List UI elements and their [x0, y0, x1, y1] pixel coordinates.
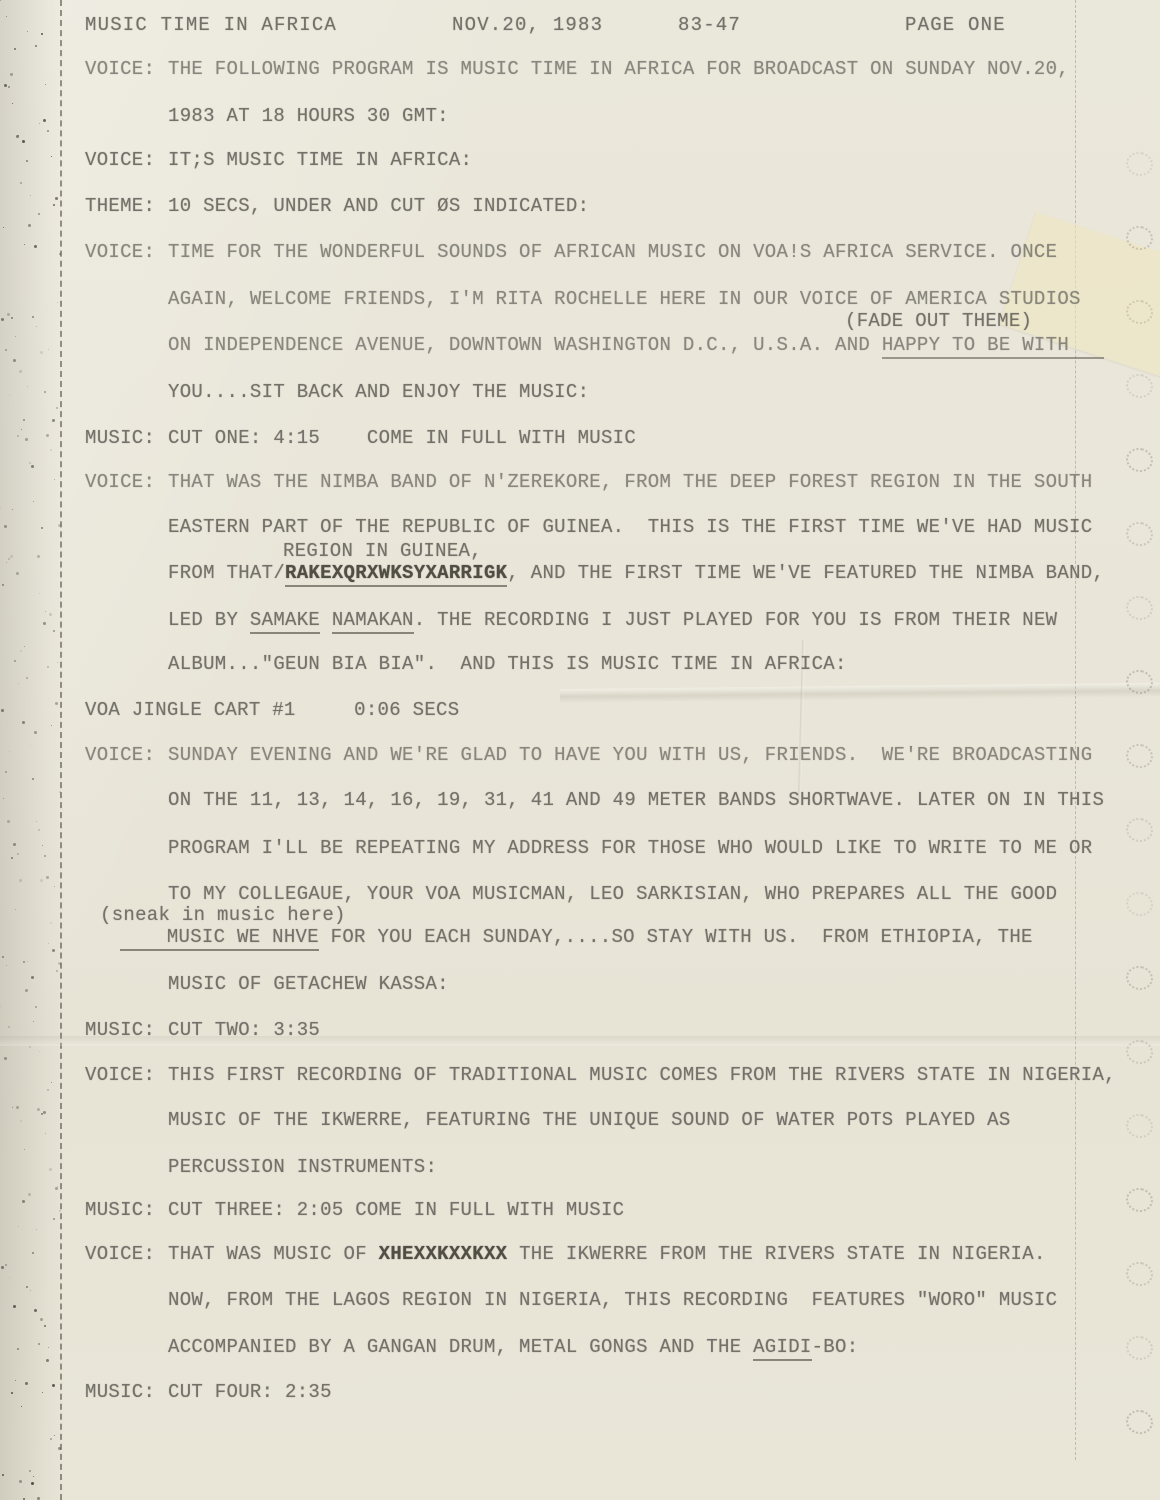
script-line: MUSIC OF THE IKWERRE, FEATURING THE UNIQ…: [0, 1109, 1160, 1135]
script-text: MUSIC WE NHVE: [167, 926, 319, 951]
script-text-group: 1983 AT 18 HOURS 30 GMT:: [168, 105, 449, 127]
struck-out-text: RAKEXQRXWKSYXARRIGK: [285, 562, 507, 587]
script-text-group: FROM THAT/RAKEXQRXWKSYXARRIGK, AND THE F…: [168, 562, 1104, 584]
script-body: VOICE:THE FOLLOWING PROGRAM IS MUSIC TIM…: [0, 0, 1160, 1500]
script-line: ON THE 11, 13, 14, 16, 19, 31, 41 AND 49…: [0, 789, 1160, 815]
script-line: VOA JINGLE CART #1 0:06 SECS: [0, 699, 1160, 725]
script-text: THE FOLLOWING PROGRAM IS MUSIC TIME IN A…: [168, 58, 1069, 80]
script-text: CUT FOUR: 2:35: [168, 1381, 332, 1403]
script-text: (FADE OUT THEME): [845, 310, 1032, 332]
script-text: YOU....SIT BACK AND ENJOY THE MUSIC:: [168, 381, 589, 403]
struck-out-text: XHEXXKXXKXX: [379, 1243, 508, 1265]
script-text-group: PROGRAM I'LL BE REPEATING MY ADDRESS FOR…: [168, 837, 1092, 859]
script-text: [320, 609, 332, 631]
script-line: EASTERN PART OF THE REPUBLIC OF GUINEA. …: [0, 516, 1160, 542]
script-text-group: CUT THREE: 2:05 COME IN FULL WITH MUSIC: [168, 1199, 624, 1221]
script-text: AGIDI: [753, 1336, 812, 1361]
script-text-group: EASTERN PART OF THE REPUBLIC OF GUINEA. …: [168, 516, 1092, 538]
script-text: SUNDAY EVENING AND WE'RE GLAD TO HAVE YO…: [168, 744, 1092, 766]
script-text: FROM THAT/: [168, 562, 285, 584]
script-text: [120, 926, 167, 951]
script-text-group: LED BY SAMAKE NAMAKAN. THE RECORDING I J…: [168, 609, 1057, 631]
script-text-group: (sneak in music here): [100, 904, 346, 926]
script-text: 1983 AT 18 HOURS 30 GMT:: [168, 105, 449, 127]
script-line: MUSIC:CUT TWO: 3:35: [0, 1019, 1160, 1045]
script-text: REGION IN GUINEA,: [283, 540, 482, 562]
script-line: (FADE OUT THEME): [0, 310, 1160, 336]
script-text: CUT TWO: 3:35: [168, 1019, 320, 1041]
script-text-group: AGAIN, WELCOME FRIENDS, I'M RITA ROCHELL…: [168, 288, 1081, 310]
script-text-group: (FADE OUT THEME): [845, 310, 1032, 332]
script-line: THEME:10 SECS, UNDER AND CUT ØS INDICATE…: [0, 195, 1160, 221]
cue-label: MUSIC:: [85, 1019, 155, 1041]
cue-label: VOICE:: [85, 471, 155, 493]
script-text: 10 SECS, UNDER AND CUT ØS INDICATED:: [168, 195, 589, 217]
cue-label: VOICE:: [85, 1243, 155, 1265]
scanned-script-page: MUSIC TIME IN AFRICA NOV.20, 1983 83-47 …: [0, 0, 1160, 1500]
script-line: VOICE:THIS FIRST RECORDING OF TRADITIONA…: [0, 1064, 1160, 1090]
script-text: VOA JINGLE CART #1 0:06 SECS: [85, 699, 459, 721]
script-text-group: ALBUM..."GEUN BIA BIA". AND THIS IS MUSI…: [168, 653, 847, 675]
script-text: EASTERN PART OF THE REPUBLIC OF GUINEA. …: [168, 516, 1092, 538]
script-text-group: SUNDAY EVENING AND WE'RE GLAD TO HAVE YO…: [168, 744, 1092, 766]
script-text: . THE RECORDING I JUST PLAYED FOR YOU IS…: [414, 609, 1058, 631]
script-text-group: THAT WAS MUSIC OF XHEXXKXXKXX THE IKWERR…: [168, 1243, 1046, 1265]
script-line: MUSIC WE NHVE FOR YOU EACH SUNDAY,....SO…: [0, 926, 1160, 952]
cue-label: VOICE:: [85, 149, 155, 171]
script-text: MUSIC OF THE IKWERRE, FEATURING THE UNIQ…: [168, 1109, 1011, 1131]
script-text-group: CUT TWO: 3:35: [168, 1019, 320, 1041]
script-text-group: MUSIC WE NHVE FOR YOU EACH SUNDAY,....SO…: [120, 926, 1033, 948]
script-text-group: PERCUSSION INSTRUMENTS:: [168, 1156, 437, 1178]
script-line: PERCUSSION INSTRUMENTS:: [0, 1156, 1160, 1182]
script-text: HAPPY TO BE WITH: [882, 334, 1069, 359]
script-text: PROGRAM I'LL BE REPEATING MY ADDRESS FOR…: [168, 837, 1092, 859]
script-text: THAT WAS THE NIMBA BAND OF N'ZEREKORE, F…: [168, 471, 1092, 493]
script-line: NOW, FROM THE LAGOS REGION IN NIGERIA, T…: [0, 1289, 1160, 1315]
script-line: ACCOMPANIED BY A GANGAN DRUM, METAL GONG…: [0, 1336, 1160, 1362]
script-text: CUT THREE: 2:05 COME IN FULL WITH MUSIC: [168, 1199, 624, 1221]
script-line: YOU....SIT BACK AND ENJOY THE MUSIC:: [0, 381, 1160, 407]
script-text: (sneak in music here): [100, 904, 346, 926]
script-text-group: THIS FIRST RECORDING OF TRADITIONAL MUSI…: [168, 1064, 1116, 1086]
script-text: FOR YOU EACH SUNDAY,....SO STAY WITH US.…: [319, 926, 1033, 948]
cue-label: VOICE:: [85, 744, 155, 766]
script-text-group: ON THE 11, 13, 14, 16, 19, 31, 41 AND 49…: [168, 789, 1104, 811]
cue-label: VOICE:: [85, 241, 155, 263]
script-line: VOICE:THAT WAS THE NIMBA BAND OF N'ZEREK…: [0, 471, 1160, 497]
script-text-group: VOA JINGLE CART #1 0:06 SECS: [85, 699, 459, 721]
script-line: PROGRAM I'LL BE REPEATING MY ADDRESS FOR…: [0, 837, 1160, 863]
script-text: ON INDEPENDENCE AVENUE, DOWNTOWN WASHING…: [168, 334, 882, 356]
script-line: MUSIC:CUT THREE: 2:05 COME IN FULL WITH …: [0, 1199, 1160, 1225]
script-line: MUSIC:CUT FOUR: 2:35: [0, 1381, 1160, 1407]
script-text-group: CUT ONE: 4:15 COME IN FULL WITH MUSIC: [168, 427, 636, 449]
script-line: 1983 AT 18 HOURS 30 GMT:: [0, 105, 1160, 131]
script-line: VOICE:THE FOLLOWING PROGRAM IS MUSIC TIM…: [0, 58, 1160, 84]
script-line: VOICE:IT;S MUSIC TIME IN AFRICA:: [0, 149, 1160, 175]
script-text-group: TO MY COLLEGAUE, YOUR VOA MUSICMAN, LEO …: [168, 883, 1057, 905]
cue-label: MUSIC:: [85, 427, 155, 449]
script-text: [1069, 334, 1104, 359]
script-text-group: REGION IN GUINEA,: [283, 540, 482, 562]
cue-label: VOICE:: [85, 1064, 155, 1086]
script-line: VOICE:THAT WAS MUSIC OF XHEXXKXXKXX THE …: [0, 1243, 1160, 1269]
script-text: NOW, FROM THE LAGOS REGION IN NIGERIA, T…: [168, 1289, 1057, 1311]
script-text-group: 10 SECS, UNDER AND CUT ØS INDICATED:: [168, 195, 589, 217]
script-text: ALBUM..."GEUN BIA BIA". AND THIS IS MUSI…: [168, 653, 847, 675]
script-text-group: ACCOMPANIED BY A GANGAN DRUM, METAL GONG…: [168, 1336, 858, 1358]
script-text: THE IKWERRE FROM THE RIVERS STATE IN NIG…: [507, 1243, 1045, 1265]
script-text-group: CUT FOUR: 2:35: [168, 1381, 332, 1403]
script-text: MUSIC OF GETACHEW KASSA:: [168, 973, 449, 995]
script-text-group: YOU....SIT BACK AND ENJOY THE MUSIC:: [168, 381, 589, 403]
script-text-group: MUSIC OF THE IKWERRE, FEATURING THE UNIQ…: [168, 1109, 1011, 1131]
script-text: NAMAKAN: [332, 609, 414, 634]
cue-label: THEME:: [85, 195, 155, 217]
script-line: FROM THAT/RAKEXQRXWKSYXARRIGK, AND THE F…: [0, 562, 1160, 588]
script-text: , AND THE FIRST TIME WE'VE FEATURED THE …: [507, 562, 1104, 584]
cue-label: MUSIC:: [85, 1381, 155, 1403]
script-line: MUSIC OF GETACHEW KASSA:: [0, 973, 1160, 999]
script-line: LED BY SAMAKE NAMAKAN. THE RECORDING I J…: [0, 609, 1160, 635]
script-text: -BO:: [812, 1336, 859, 1358]
script-text-group: MUSIC OF GETACHEW KASSA:: [168, 973, 449, 995]
script-text: TIME FOR THE WONDERFUL SOUNDS OF AFRICAN…: [168, 241, 1057, 263]
script-text-group: ON INDEPENDENCE AVENUE, DOWNTOWN WASHING…: [168, 334, 1104, 356]
script-line: VOICE:SUNDAY EVENING AND WE'RE GLAD TO H…: [0, 744, 1160, 770]
script-text: AGAIN, WELCOME FRIENDS, I'M RITA ROCHELL…: [168, 288, 1081, 310]
cue-label: VOICE:: [85, 58, 155, 80]
script-text-group: THAT WAS THE NIMBA BAND OF N'ZEREKORE, F…: [168, 471, 1092, 493]
script-text: ACCOMPANIED BY A GANGAN DRUM, METAL GONG…: [168, 1336, 753, 1358]
script-line: ON INDEPENDENCE AVENUE, DOWNTOWN WASHING…: [0, 334, 1160, 360]
script-text-group: IT;S MUSIC TIME IN AFRICA:: [168, 149, 472, 171]
script-text: THIS FIRST RECORDING OF TRADITIONAL MUSI…: [168, 1064, 1116, 1086]
script-text-group: THE FOLLOWING PROGRAM IS MUSIC TIME IN A…: [168, 58, 1069, 80]
script-text: TO MY COLLEGAUE, YOUR VOA MUSICMAN, LEO …: [168, 883, 1057, 905]
script-text: ON THE 11, 13, 14, 16, 19, 31, 41 AND 49…: [168, 789, 1104, 811]
script-line: MUSIC:CUT ONE: 4:15 COME IN FULL WITH MU…: [0, 427, 1160, 453]
script-line: VOICE:TIME FOR THE WONDERFUL SOUNDS OF A…: [0, 241, 1160, 267]
script-text: SAMAKE: [250, 609, 320, 634]
script-text-group: TIME FOR THE WONDERFUL SOUNDS OF AFRICAN…: [168, 241, 1057, 263]
script-text: LED BY: [168, 609, 250, 631]
script-text: CUT ONE: 4:15 COME IN FULL WITH MUSIC: [168, 427, 636, 449]
script-text: PERCUSSION INSTRUMENTS:: [168, 1156, 437, 1178]
script-text-group: NOW, FROM THE LAGOS REGION IN NIGERIA, T…: [168, 1289, 1057, 1311]
script-text: IT;S MUSIC TIME IN AFRICA:: [168, 149, 472, 171]
script-line: ALBUM..."GEUN BIA BIA". AND THIS IS MUSI…: [0, 653, 1160, 679]
cue-label: MUSIC:: [85, 1199, 155, 1221]
script-text: THAT WAS MUSIC OF: [168, 1243, 379, 1265]
